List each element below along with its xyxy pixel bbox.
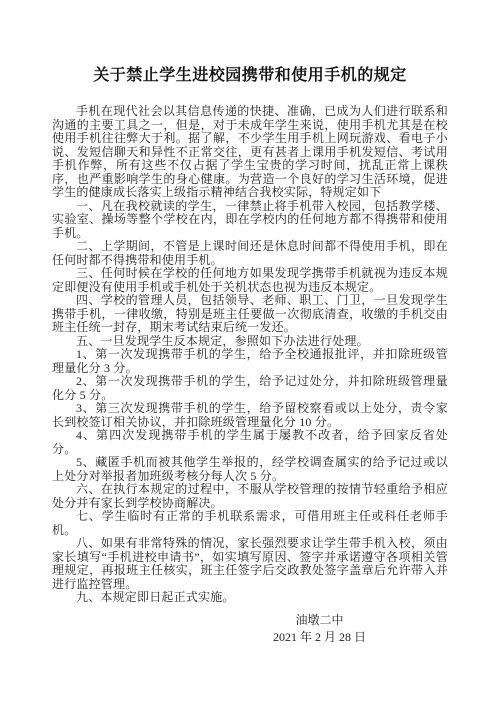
- paragraph-rule-5-item-1: 1、第一次发现携带手机的学生，给予全校通报批评，并扣除班级管理量化分 3 分。: [52, 348, 448, 375]
- paragraph-rule-5-item-3: 3、第三次发现携带手机的学生，给予留校察看或以上处分，责令家长到校签订相关协议，…: [52, 402, 448, 429]
- document-page: 关于禁止学生进校园携带和使用手机的规定 手机在现代社会以其信息传递的快捷、准确，…: [0, 0, 500, 707]
- signature-date: 2021 年 2 月 28 日: [273, 629, 366, 646]
- document-title: 关于禁止学生进校园携带和使用手机的规定: [52, 62, 448, 85]
- paragraph-rule-9: 九、本规定即日起正式实施。: [52, 591, 448, 605]
- paragraph-rule-5-item-2: 2、第一次发现携带手机的学生，给予记过处分，并扣除班级管理量化分 5 分。: [52, 375, 448, 402]
- paragraph-rule-3: 三、任何时候在学校的任何地方如果发现学携带手机就视为违反本规定即便没有使用手机或…: [52, 267, 448, 294]
- paragraph-rule-5: 五、一旦发现学生反本规定，参照如下办法进行处理。: [52, 335, 448, 349]
- paragraph-rule-7: 七、学生临时有正常的手机联系需求，可借用班主任或科任老师手机。: [52, 510, 448, 537]
- paragraph-rule-8: 八、如果有非常特殊的情况，家长强烈要求让学生带手机入校，须由家长填写“手机进校申…: [52, 537, 448, 591]
- paragraph-rule-1: 一、凡在我校就读的学生，一律禁止将手机带入校园，包括教学楼、实验室、操场等整个学…: [52, 200, 448, 241]
- paragraph-rule-2: 二、上学期间，不管是上课时间还是休息时间都不得使用手机，即在任何时都不得携带和使…: [52, 240, 448, 267]
- paragraph-rule-6: 六、在执行本规定的过程中，不服从学校管理的按情节轻重给予相应处分并有家长到学校协…: [52, 483, 448, 510]
- paragraph-rule-5-item-5: 5、藏匿手机而被其他学生举报的，经学校调查属实的给予记过或以上处分对举报者加班级…: [52, 456, 448, 483]
- signature-school: 油墩二中: [273, 612, 366, 629]
- paragraph-rule-5-item-4: 4、第四次发现携带手机的学生属于屡教不改者，给予回家反省处分。: [52, 429, 448, 456]
- signature-block: 油墩二中 2021 年 2 月 28 日: [273, 612, 366, 646]
- document-body: 手机在现代社会以其信息传递的快捷、准确，已成为人们进行联系和沟通的主要工具之一，…: [52, 105, 448, 605]
- paragraph-rule-4: 四、学校的管理人员，包括领导、老师、职工、门卫，一旦发现学生携带手机，一律收缴，…: [52, 294, 448, 335]
- paragraph-intro: 手机在现代社会以其信息传递的快捷、准确，已成为人们进行联系和沟通的主要工具之一，…: [52, 105, 448, 200]
